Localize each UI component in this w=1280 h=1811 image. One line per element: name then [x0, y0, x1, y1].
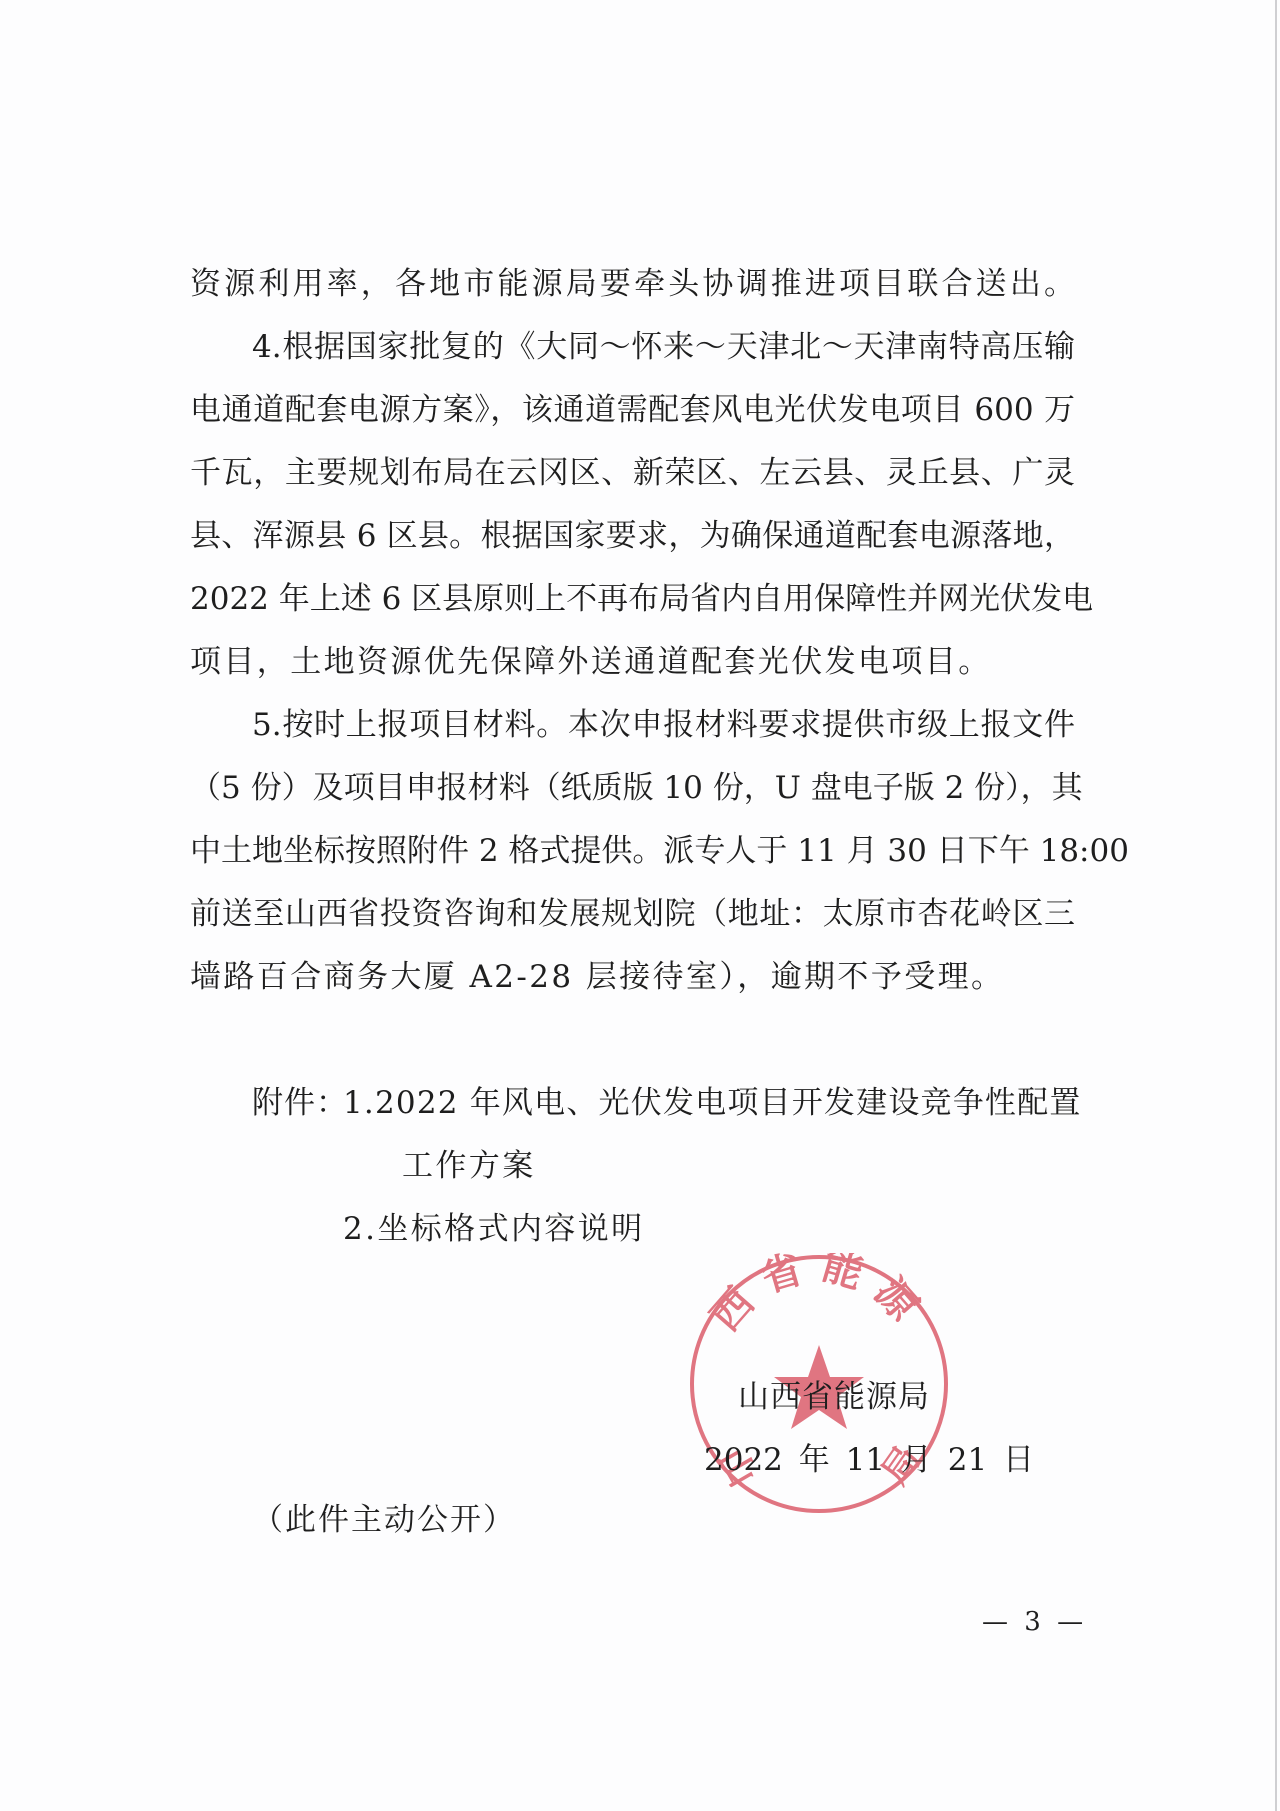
public-disclosure-note: （此件主动公开） — [252, 1500, 516, 1540]
body-line-6: 2022 年上述 6 区县原则上不再布局省内自用保障性并网光伏发电 — [190, 579, 1075, 619]
attachment-label: 附件： — [252, 1083, 348, 1123]
signature-organization: 山西省能源局 — [738, 1377, 930, 1417]
body-line-7: 项目，土地资源优先保障外送通道配套光伏发电项目。 — [190, 642, 992, 682]
signature-date: 2022 年 11 月 21 日 — [704, 1440, 1034, 1480]
body-line-1: 资源利用率，各地市能源局要牵头协调推进项目联合送出。 — [190, 264, 1075, 304]
page-number: — 3 — — [982, 1605, 1087, 1639]
body-line-2: 4.根据国家批复的《大同～怀来～天津北～天津南特高压输 — [252, 327, 1075, 367]
body-line-12: 墙路百合商务大厦 A2-28 层接待室），逾期不予受理。 — [190, 957, 1004, 997]
attachment-item-1: 1.2022 年风电、光伏发电项目开发建设竞争性配置 — [343, 1083, 1082, 1123]
body-line-10: 中土地坐标按照附件 2 格式提供。派专人于 11 月 30 日下午 18:00 — [190, 831, 1075, 871]
body-line-4: 千瓦，主要规划布局在云冈区、新荣区、左云县、灵丘县、广灵 — [190, 453, 1075, 493]
body-line-3: 电通道配套电源方案》，该通道需配套风电光伏发电项目 600 万 — [190, 390, 1075, 430]
body-line-8: 5.按时上报项目材料。本次申报材料要求提供市级上报文件 — [252, 705, 1075, 745]
body-line-11: 前送至山西省投资咨询和发展规划院（地址：太原市杏花岭区三 — [190, 894, 1075, 934]
attachment-item-2: 2.坐标格式内容说明 — [343, 1209, 645, 1249]
body-line-9: （5 份）及项目申报材料（纸质版 10 份，U 盘电子版 2 份），其 — [190, 768, 1075, 808]
body-line-5: 县、浑源县 6 区县。根据国家要求，为确保通道配套电源落地， — [190, 516, 1075, 556]
attachment-item-1-continued: 工作方案 — [402, 1146, 536, 1186]
page-edge — [1275, 0, 1277, 1811]
svg-text:西省能源: 西省能源 — [702, 1253, 936, 1340]
